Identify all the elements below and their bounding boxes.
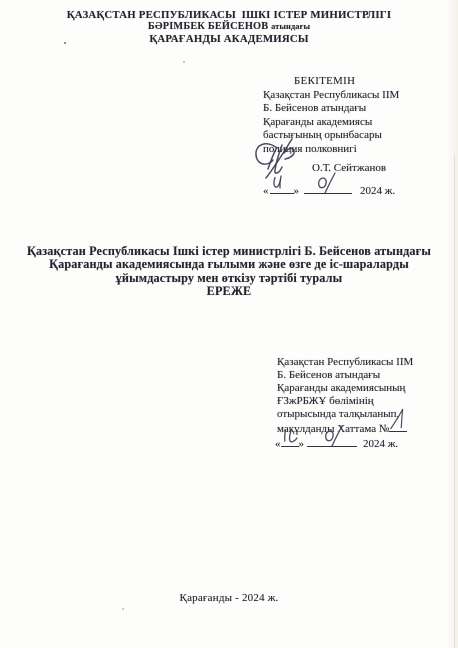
handwritten-month	[319, 425, 359, 446]
handwritten-protocol-number	[389, 406, 409, 431]
month-blank	[304, 183, 352, 194]
day-blank	[281, 436, 299, 447]
approval-line: Б. Бейсенов атындағы	[263, 102, 435, 116]
academy-name-suffix: атындағы	[271, 22, 310, 31]
document-header: ҚАЗАҚСТАН РЕСПУБЛИКАСЫ ІШКІ ІСТЕР МИНИСТ…	[0, 9, 458, 46]
academy-name-line: БӘРІМБЕК БЕЙСЕНОВ атындағы	[0, 21, 458, 33]
protocol-line: Б. Бейсенов атындағы	[277, 369, 449, 382]
academy-title-line: ҚАРАҒАНДЫ АКАДЕМИЯСЫ	[0, 33, 458, 45]
footer-city-year: Қарағанды - 2024 ж.	[0, 592, 458, 604]
approval-line: Қазақстан Республикасы ІІМ	[263, 89, 435, 103]
document-type: ЕРЕЖЕ	[0, 285, 458, 298]
scan-speck	[183, 61, 185, 63]
protocol-block: Қазақстан Республикасы ІІМ Б. Бейсенов а…	[277, 356, 449, 451]
scan-edge-line	[454, 155, 455, 648]
month-blank	[307, 436, 357, 447]
title-line: Қарағанды академиясында ғылыми және өзге…	[0, 258, 458, 271]
quote-open: «	[263, 185, 269, 197]
approval-year: 2024 ж.	[360, 185, 395, 197]
protocol-line: отырысында талқыланып,	[277, 408, 449, 421]
day-blank	[270, 183, 294, 194]
scan-speck	[64, 42, 66, 44]
protocol-line: Қазақстан Республикасы ІІМ	[277, 356, 449, 369]
protocol-line: Қарағанды академиясының	[277, 382, 449, 395]
quote-close: »	[294, 185, 300, 197]
protocol-line: ҒЗжРБЖҰ бөлімінің	[277, 395, 449, 408]
handwritten-day	[281, 427, 303, 443]
protocol-year: 2024 ж.	[363, 438, 398, 450]
protocol-date-row: « » 2024 ж.	[275, 436, 449, 451]
handwritten-day	[271, 174, 293, 190]
handwritten-month	[312, 172, 352, 193]
scanned-document-page: ҚАЗАҚСТАН РЕСПУБЛИКАСЫ ІШКІ ІСТЕР МИНИСТ…	[0, 0, 458, 648]
title-line: ұйымдастыру мен өткізу тәртібі туралы	[0, 272, 458, 285]
scan-speck	[122, 608, 124, 610]
protocol-number-blank	[389, 421, 407, 432]
ministry-title-line: ҚАЗАҚСТАН РЕСПУБЛИКАСЫ ІШКІ ІСТЕР МИНИСТ…	[0, 9, 458, 21]
approval-block: БЕКІТЕМІН Қазақстан Республикасы ІІМ Б. …	[263, 75, 435, 199]
approval-heading: БЕКІТЕМІН	[294, 75, 435, 89]
title-line: Қазақстан Республикасы Ішкі істер минист…	[0, 245, 458, 258]
protocol-number-line: мақұлданды Хаттама №	[277, 421, 449, 436]
academy-founder-name: БӘРІМБЕК БЕЙСЕНОВ	[148, 21, 268, 32]
document-title-block: Қазақстан Республикасы Ішкі істер минист…	[0, 245, 458, 299]
approval-date-row: « » 2024 ж.	[263, 183, 435, 199]
approval-line: Қарағанды академиясы	[263, 116, 435, 130]
